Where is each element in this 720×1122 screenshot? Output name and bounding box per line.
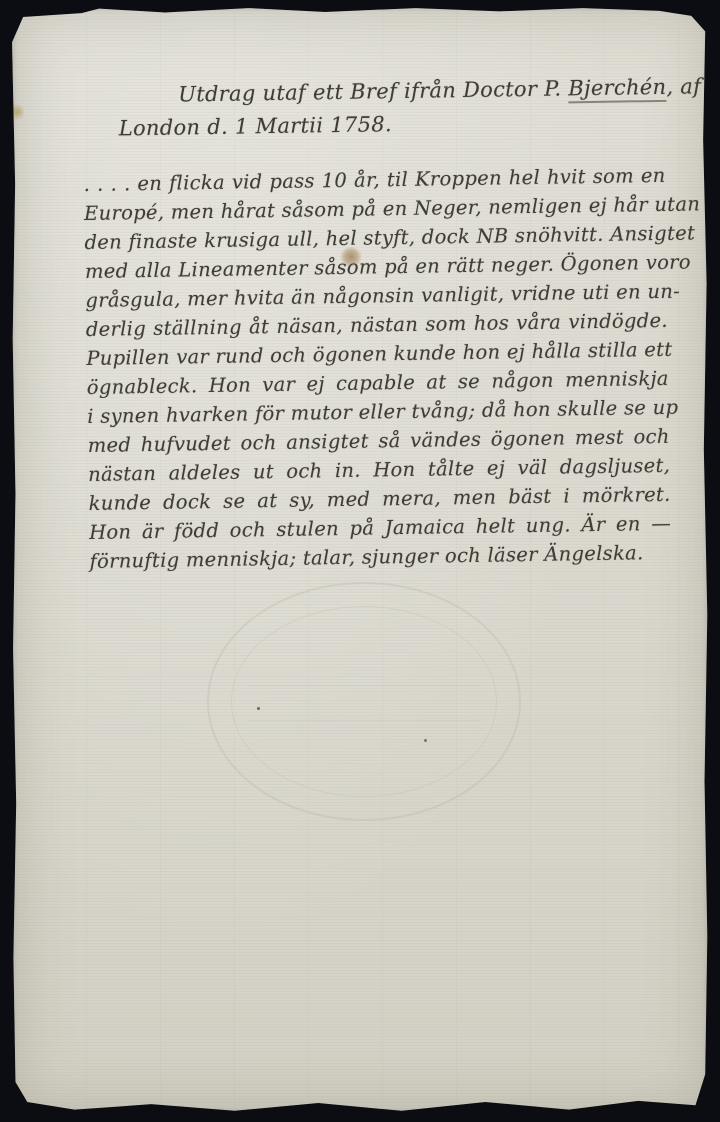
paper-speck	[424, 739, 427, 742]
letter-body: . . . . en flicka vid pass 10 år, til Kr…	[83, 161, 671, 576]
handwritten-text: Utdrag utaf ett Bref ifrån Doctor P. Bje…	[82, 72, 672, 576]
heading-text-post: , af	[666, 74, 701, 99]
manuscript-page: Utdrag utaf ett Bref ifrån Doctor P. Bje…	[12, 7, 708, 1113]
heading-title-line: Utdrag utaf ett Bref ifrån Doctor P. Bje…	[82, 72, 664, 111]
edge-stain	[10, 103, 24, 121]
photo-background: Utdrag utaf ett Bref ifrån Doctor P. Bje…	[0, 0, 720, 1122]
paper-watermark-seal	[207, 582, 521, 821]
author-name-underlined: Bjerchén	[568, 75, 666, 104]
heading-dateline: London d. 1 Martii 1758.	[119, 105, 665, 144]
heading-text-pre: Utdrag utaf ett Bref ifrån Doctor P.	[178, 76, 568, 106]
paper-speck	[257, 707, 260, 710]
